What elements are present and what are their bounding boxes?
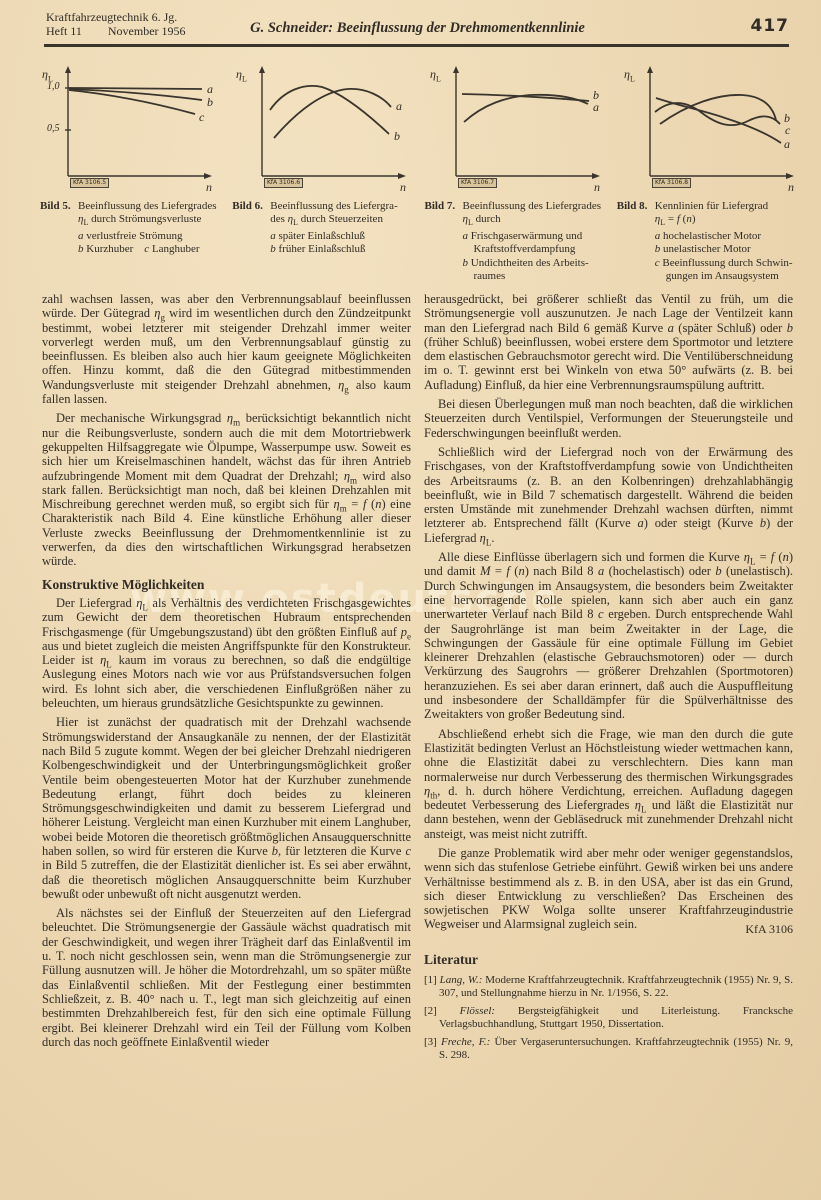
caption-line: b Kurzhuber c Langhuber xyxy=(78,243,222,256)
caption-number: Bild 8. xyxy=(617,200,655,284)
caption-bild-5: Bild 5. Beeinflussung des Liefergrades η… xyxy=(40,200,222,284)
caption-bild-7: Bild 7. Beeinflussung des Liefergrades η… xyxy=(425,200,607,284)
paragraph: Alle diese Einflüsse überlagern sich und… xyxy=(424,550,793,722)
running-title: G. Schneider: Beeinflussung der Drehmome… xyxy=(44,20,791,37)
header-rule xyxy=(44,44,789,47)
caption-line: ηL durch xyxy=(463,213,607,230)
caption-number: Bild 6. xyxy=(232,200,270,284)
figure-bild-7-plot xyxy=(426,58,612,195)
caption-bild-8: Bild 8. Kennlinien für Liefergrad ηL = f… xyxy=(617,200,799,284)
curve-label-c: c xyxy=(785,124,790,136)
left-column: zahl wachsen lassen, was aber den Verbre… xyxy=(42,292,411,1067)
paragraph: zahl wachsen lassen, was aber den Verbre… xyxy=(42,292,411,406)
paragraph: Der Liefergrad ηL als Verhältnis des ver… xyxy=(42,596,411,710)
x-axis-label: n xyxy=(788,181,794,193)
reference-item: [1] Lang, W.: Moderne Kraftfahrzeugtechn… xyxy=(424,974,793,1000)
caption-line: Beeinflussung des Liefergrades xyxy=(463,200,607,213)
caption-line: Kennlinien für Liefergrad xyxy=(655,200,799,213)
caption-text: Kennlinien für Liefergrad ηL = f (n) a h… xyxy=(655,200,799,284)
caption-bild-6: Bild 6. Beeinflussung des Liefergra- des… xyxy=(232,200,414,284)
figure-stamp: KfA 3106.6 xyxy=(264,178,303,188)
caption-line: gungen im Ansaugsystem xyxy=(655,270,799,283)
caption-line: a hochelastischer Motor xyxy=(655,230,799,243)
curve-label-a: a xyxy=(593,101,599,113)
caption-line: a verlustfreie Strömung xyxy=(78,230,222,243)
reference-item: [3] Freche, F.: Über Vergaseruntersuchun… xyxy=(424,1036,793,1062)
reference-text: Flössel: Bergsteigfähigkeit und Literlei… xyxy=(439,1005,793,1030)
captions-row: Bild 5. Beeinflussung des Liefergrades η… xyxy=(40,200,799,284)
figure-bild-5-plot xyxy=(38,58,224,195)
y-axis-label: ηL xyxy=(430,68,441,85)
caption-line: Beeinflussung des Liefergrades xyxy=(78,200,222,213)
reference-text: Freche, F.: Über Vergaseruntersuchungen.… xyxy=(439,1036,793,1061)
caption-line: des ηL durch Steuerzeiten xyxy=(270,213,414,230)
page-header: Kraftfahrzeugtechnik 6. Jg. Heft 11Novem… xyxy=(44,10,791,44)
reference-text: Lang, W.: Moderne Kraftfahrzeugtechnik. … xyxy=(439,974,793,999)
curve-label-b: b xyxy=(207,96,213,108)
figure-bild-5: ηL n 1,0 0,5 a b c KfA 3106.5 xyxy=(38,58,224,195)
paragraph: Bei diesen Überlegungen muß man noch bea… xyxy=(424,397,793,440)
figure-stamp: KfA 3106.8 xyxy=(652,178,691,188)
figure-stamp: KfA 3106.5 xyxy=(70,178,109,188)
y-tick-2: 0,5 xyxy=(47,124,60,134)
paragraph: herausgedrückt, bei größerer schließt da… xyxy=(424,292,793,392)
paragraph: Abschließend erhebt sich die Frage, wie … xyxy=(424,727,793,841)
paragraph: Der mechanische Wirkungsgrad ηm berücksi… xyxy=(42,411,411,568)
figure-bild-7: ηL n b a KfA 3106.7 xyxy=(426,58,612,195)
paragraph: Die ganze Problematik wird aber mehr ode… xyxy=(424,846,793,932)
figure-bild-6: ηL n a b KfA 3106.6 xyxy=(232,58,418,195)
caption-line: ηL durch Strömungsverluste xyxy=(78,213,222,230)
caption-text: Beeinflussung des Liefergrades ηL durch … xyxy=(463,200,607,284)
page-number: 417 xyxy=(751,16,790,36)
paragraph: Schließlich wird der Liefergrad noch von… xyxy=(424,445,793,545)
caption-line: Beeinflussung des Liefergra- xyxy=(270,200,414,213)
caption-text: Beeinflussung des Liefergra- des ηL durc… xyxy=(270,200,414,284)
reference-number: [3] xyxy=(424,1036,437,1048)
caption-line: raumes xyxy=(463,270,607,283)
figure-stamp: KfA 3106.7 xyxy=(458,178,497,188)
paragraph: Als nächstes sei der Einfluß der Steuerz… xyxy=(42,906,411,1049)
body-columns: zahl wachsen lassen, was aber den Verbre… xyxy=(42,292,793,1067)
y-axis-label: ηL xyxy=(236,68,247,85)
y-axis-label: ηL xyxy=(624,68,635,85)
journal-page: Kraftfahrzeugtechnik 6. Jg. Heft 11Novem… xyxy=(0,0,821,1200)
caption-line: a Frischgaserwärmung und xyxy=(463,230,607,243)
curve-label-a: a xyxy=(784,138,790,150)
y-tick-1: 1,0 xyxy=(47,82,60,92)
caption-line: b Undichtheiten des Arbeits- xyxy=(463,257,607,270)
reference-number: [2] xyxy=(424,1005,437,1017)
figure-bild-6-plot xyxy=(232,58,418,195)
right-column: herausgedrückt, bei größerer schließt da… xyxy=(424,292,793,1067)
caption-line: a später Einlaßschluß xyxy=(270,230,414,243)
x-axis-label: n xyxy=(594,181,600,193)
caption-text: Beeinflussung des Liefergrades ηL durch … xyxy=(78,200,222,284)
caption-line: b früher Einlaßschluß xyxy=(270,243,414,256)
paragraph: Hier ist zunächst der quadratisch mit de… xyxy=(42,715,411,901)
reference-number: [1] xyxy=(424,974,437,986)
literature-section: Literatur [1] Lang, W.: Moderne Kraftfah… xyxy=(424,953,793,1062)
curve-label-c: c xyxy=(199,111,204,123)
curve-label-a: a xyxy=(396,100,402,112)
caption-number: Bild 5. xyxy=(40,200,78,284)
section-heading: Konstruktive Möglichkeiten xyxy=(42,578,411,592)
figure-bild-8: ηL n b c a KfA 3106.8 xyxy=(620,58,806,195)
x-axis-label: n xyxy=(400,181,406,193)
caption-line: b unelastischer Motor xyxy=(655,243,799,256)
reference-item: [2] Flössel: Bergsteigfähigkeit und Lite… xyxy=(424,1005,793,1031)
caption-line: ηL = f (n) xyxy=(655,213,799,230)
literature-heading: Literatur xyxy=(424,953,793,967)
caption-line: Kraftstoffverdampfung xyxy=(463,243,607,256)
x-axis-label: n xyxy=(206,181,212,193)
caption-line: c Beeinflussung durch Schwin- xyxy=(655,257,799,270)
curve-label-a: a xyxy=(207,83,213,95)
curve-label-b: b xyxy=(394,130,400,142)
figure-bild-8-plot xyxy=(620,58,806,195)
figures-row: ηL n 1,0 0,5 a b c KfA 3106.5 xyxy=(38,58,803,195)
caption-number: Bild 7. xyxy=(425,200,463,284)
